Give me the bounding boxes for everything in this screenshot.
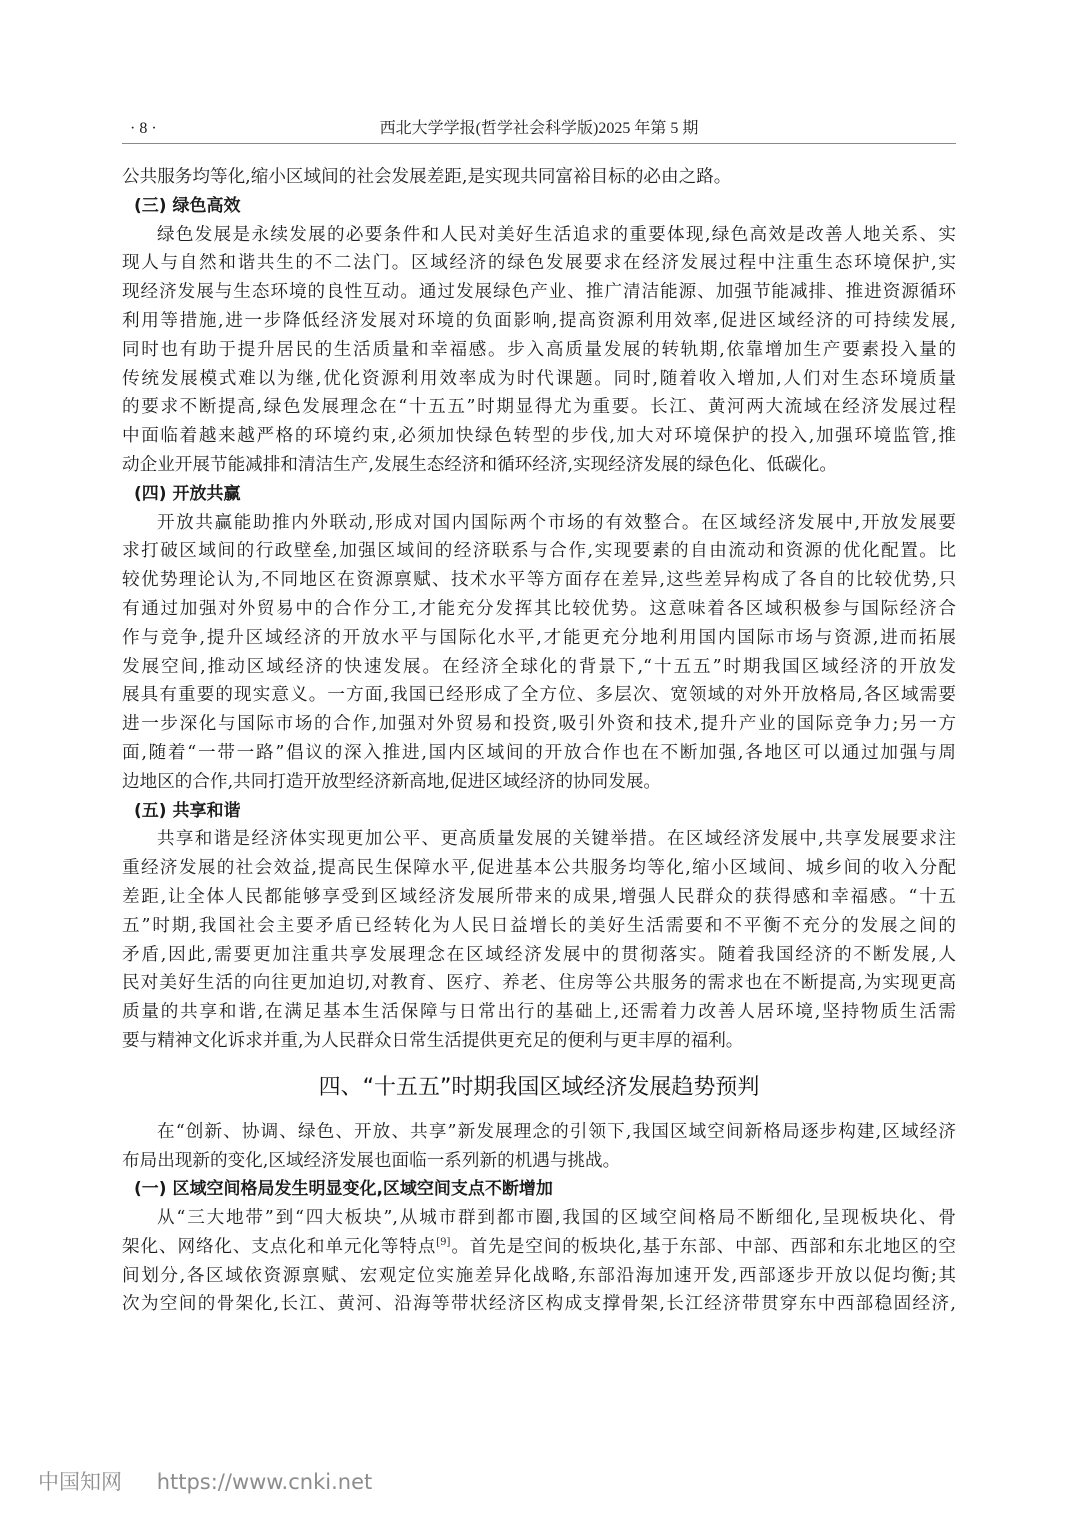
page-header: · 8 · 西北大学学报(哲学社会科学版)2025 年第 5 期 bbox=[122, 116, 956, 142]
paragraph-line: 公共服务均等化,缩小区域间的社会发展差距,是实现共同富裕目标的必由之路。 bbox=[122, 163, 956, 192]
paragraph-line: 架化、网络化、支点化和单元化等特点[9]。首先是空间的板块化,基于东部、中部、西… bbox=[122, 1233, 956, 1262]
subsection-heading-green: (三) 绿色高效 bbox=[122, 192, 956, 221]
paragraph-line: 差距,让全体人民都能够享受到区域经济发展所带来的成果,增强人民群众的获得感和幸福… bbox=[122, 883, 956, 912]
article-body: 公共服务均等化,缩小区域间的社会发展差距,是实现共同富裕目标的必由之路。 (三)… bbox=[122, 163, 956, 1319]
paragraph-line: 边地区的合作,共同打造开放型经济新高地,促进区域经济的协同发展。 bbox=[122, 768, 956, 797]
paragraph-line: 布局出现新的变化,区域经济发展也面临一系列新的机遇与挑战。 bbox=[122, 1147, 956, 1176]
paragraph-line: 开放共赢能助推内外联动,形成对国内国际两个市场的有效整合。在区域经济发展中,开放… bbox=[122, 509, 956, 538]
paragraph-line: 间划分,各区域依资源禀赋、宏观定位实施差异化战略,东部沿海加速开发,西部逐步开放… bbox=[122, 1262, 956, 1291]
line-text: 架化、网络化、支点化和单元化等特点 bbox=[122, 1237, 436, 1257]
citation-ref[interactable]: [9] bbox=[436, 1237, 450, 1248]
cnki-site-name: 中国知网 bbox=[38, 1470, 122, 1494]
paragraph-line: 共享和谐是经济体实现更加公平、更高质量发展的关键举措。在区域经济发展中,共享发展… bbox=[122, 825, 956, 854]
paragraph-intro: 在“创新、协调、绿色、开放、共享”新发展理念的引领下,我国区域空间新格局逐步构建… bbox=[122, 1118, 956, 1176]
subsection-heading-open: (四) 开放共赢 bbox=[122, 480, 956, 509]
paragraph-line: 矛盾,因此,需要更加注重共享发展理念在区域经济发展中的贯彻落实。随着我国经济的不… bbox=[122, 941, 956, 970]
footer-watermark: 中国知网 https://www.cnki.net bbox=[38, 1466, 372, 1496]
paragraph-line: 中面临着越来越严格的环境约束,必须加快绿色转型的步伐,加大对环境保护的投入,加强… bbox=[122, 422, 956, 451]
paragraph-line: 重经济发展的社会效益,提高民生保障水平,促进基本公共服务均等化,缩小区域间、城乡… bbox=[122, 854, 956, 883]
paragraph-line: 从“三大地带”到“四大板块”,从城市群到都市圈,我国的区域空间格局不断细化,呈现… bbox=[122, 1204, 956, 1233]
paragraph-line: 五”时期,我国社会主要矛盾已经转化为人民日益增长的美好生活需要和不平衡不充分的发… bbox=[122, 912, 956, 941]
paragraph-line: 动企业开展节能减排和清洁生产,发展生态经济和循环经济,实现经济发展的绿色化、低碳… bbox=[122, 451, 956, 480]
paragraph-line: 的要求不断提高,绿色发展理念在“十五五”时期显得尤为重要。长江、黄河两大流域在经… bbox=[122, 393, 956, 422]
paragraph-line: 有通过加强对外贸易中的合作分工,才能充分发挥其比较优势。这意味着各区域积极参与国… bbox=[122, 595, 956, 624]
paragraph-spatial-pattern: 从“三大地带”到“四大板块”,从城市群到都市圈,我国的区域空间格局不断细化,呈现… bbox=[122, 1204, 956, 1319]
paragraph-line: 质量的共享和谐,在满足基本生活保障与日常出行的基础上,还需着力改善人居环境,坚持… bbox=[122, 998, 956, 1027]
paragraph-line: 展具有重要的现实意义。一方面,我国已经形成了全方位、多层次、宽领域的对外开放格局… bbox=[122, 681, 956, 710]
paragraph-line: 发展空间,推动区域经济的快速发展。在经济全球化的背景下,“十五五”时期我国区域经… bbox=[122, 653, 956, 682]
section-heading: 四、“十五五”时期我国区域经济发展趋势预判 bbox=[122, 1060, 956, 1116]
paragraph-line: 民对美好生活的向往更加迫切,对教育、医疗、养老、住房等公共服务的需求也在不断提高… bbox=[122, 969, 956, 998]
paragraph-line: 求打破区域间的行政壁垒,加强区域间的经济联系与合作,实现要素的自由流动和资源的优… bbox=[122, 537, 956, 566]
paragraph-line: 绿色发展是永续发展的必要条件和人民对美好生活追求的重要体现,绿色高效是改善人地关… bbox=[122, 221, 956, 250]
paragraph-green-development: 绿色发展是永续发展的必要条件和人民对美好生活追求的重要体现,绿色高效是改善人地关… bbox=[122, 221, 956, 480]
cnki-url-link[interactable]: https://www.cnki.net bbox=[157, 1470, 373, 1494]
journal-title: 西北大学学报(哲学社会科学版)2025 年第 5 期 bbox=[122, 116, 956, 142]
paragraph-line: 现经济发展与生态环境的良性互动。通过发展绿色产业、推广清洁能源、加强节能减排、推… bbox=[122, 278, 956, 307]
paragraph-open-win-win: 开放共赢能助推内外联动,形成对国内国际两个市场的有效整合。在区域经济发展中,开放… bbox=[122, 509, 956, 797]
paragraph-line: 进一步深化与国际市场的合作,加强对外贸易和投资,吸引外资和技术,提升产业的国际竞… bbox=[122, 710, 956, 739]
paragraph-line: 同时也有助于提升居民的生活质量和幸福感。步入高质量发展的转轨期,依靠增加生产要素… bbox=[122, 336, 956, 365]
paragraph-line: 较优势理论认为,不同地区在资源禀赋、技术水平等方面存在差异,这些差异构成了各自的… bbox=[122, 566, 956, 595]
header-divider bbox=[122, 143, 956, 144]
paragraph-line: 利用等措施,进一步降低经济发展对环境的负面影响,提高资源利用效率,促进区域经济的… bbox=[122, 307, 956, 336]
paragraph-line: 作与竞争,提升区域经济的开放水平与国际化水平,才能更充分地利用国内国际市场与资源… bbox=[122, 624, 956, 653]
paragraph-shared-harmony: 共享和谐是经济体实现更加公平、更高质量发展的关键举措。在区域经济发展中,共享发展… bbox=[122, 825, 956, 1055]
paragraph-line: 次为空间的骨架化,长江、黄河、沿海等带状经济区构成支撑骨架,长江经济带贯穿东中西… bbox=[122, 1290, 956, 1319]
subsection-heading-share: (五) 共享和谐 bbox=[122, 797, 956, 826]
subsection-heading-spatial: (一) 区域空间格局发生明显变化,区域空间支点不断增加 bbox=[122, 1175, 956, 1204]
paragraph-line: 现人与自然和谐共生的不二法门。区域经济的绿色发展要求在经济发展过程中注重生态环境… bbox=[122, 249, 956, 278]
paragraph-line: 要与精神文化诉求并重,为人民群众日常生活提供更充足的便利与更丰厚的福利。 bbox=[122, 1027, 956, 1056]
line-text: 。首先是空间的板块化,基于东部、中部、西部和东北地区的空 bbox=[450, 1237, 956, 1257]
paragraph-line: 在“创新、协调、绿色、开放、共享”新发展理念的引领下,我国区域空间新格局逐步构建… bbox=[122, 1118, 956, 1147]
paragraph-line: 面,随着“一带一路”倡议的深入推进,国内区域间的开放合作也在不断加强,各地区可以… bbox=[122, 739, 956, 768]
paragraph-line: 传统发展模式难以为继,优化资源利用效率成为时代课题。同时,随着收入增加,人们对生… bbox=[122, 365, 956, 394]
